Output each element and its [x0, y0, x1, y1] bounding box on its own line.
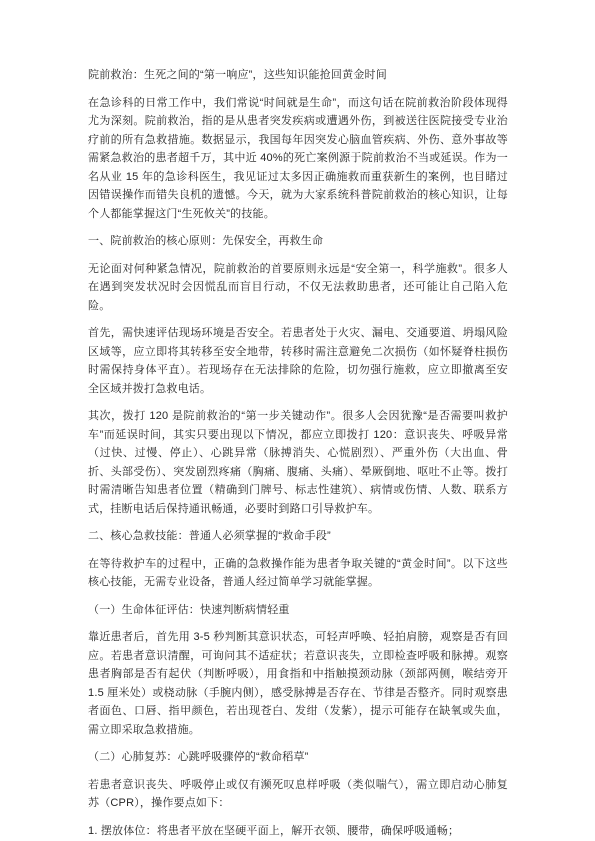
- section-heading-core-principles: 一、院前救治的核心原则：先保安全，再救生命: [88, 232, 508, 251]
- list-item-cpr-position: 1. 摆放体位：将患者平放在坚硬平面上，解开衣领、腰带，确保呼吸通畅；: [88, 822, 508, 841]
- paragraph-intro: 在急诊科的日常工作中，我们常说“时间就是生命”，而这句话在院前救治阶段体现得尤为…: [88, 94, 508, 224]
- paragraph-call-120: 其次，拨打 120 是院前救治的“第一步关键动作”。很多人会因犹豫“是否需要叫救…: [88, 407, 508, 518]
- document-page: 院前救治：生死之间的“第一响应”，这些知识能抢回黄金时间 在急诊科的日常工作中，…: [0, 0, 595, 841]
- paragraph-vital-signs-check: 靠近患者后，首先用 3-5 秒判断其意识状态，可轻声呼唤、轻拍肩膀，观察是否有回…: [88, 628, 508, 739]
- paragraph-golden-time: 在等待救护车的过程中，正确的急救操作能为患者争取关键的“黄金时间”。以下这些核心…: [88, 555, 508, 592]
- paragraph-safety-first: 无论面对何种紧急情况，院前救治的首要原则永远是“安全第一，科学施救”。很多人在遇…: [88, 260, 508, 316]
- subsection-heading-cpr: （二）心肺复苏：心跳呼吸骤停的“救命稻草”: [88, 748, 508, 767]
- paragraph-cpr-intro: 若患者意识丧失、呼吸停止或仅有濒死叹息样呼吸（类似喘气），需立即启动心肺复苏（C…: [88, 776, 508, 813]
- section-heading-core-skills: 二、核心急救技能：普通人必须掌握的“救命手段”: [88, 527, 508, 546]
- document-title: 院前救治：生死之间的“第一响应”，这些知识能抢回黄金时间: [88, 66, 508, 85]
- paragraph-scene-assessment: 首先，需快速评估现场环境是否安全。若患者处于火灾、漏电、交通要道、坍塌风险区域等…: [88, 324, 508, 398]
- subsection-heading-vital-signs: （一）生命体征评估：快速判断病情轻重: [88, 601, 508, 620]
